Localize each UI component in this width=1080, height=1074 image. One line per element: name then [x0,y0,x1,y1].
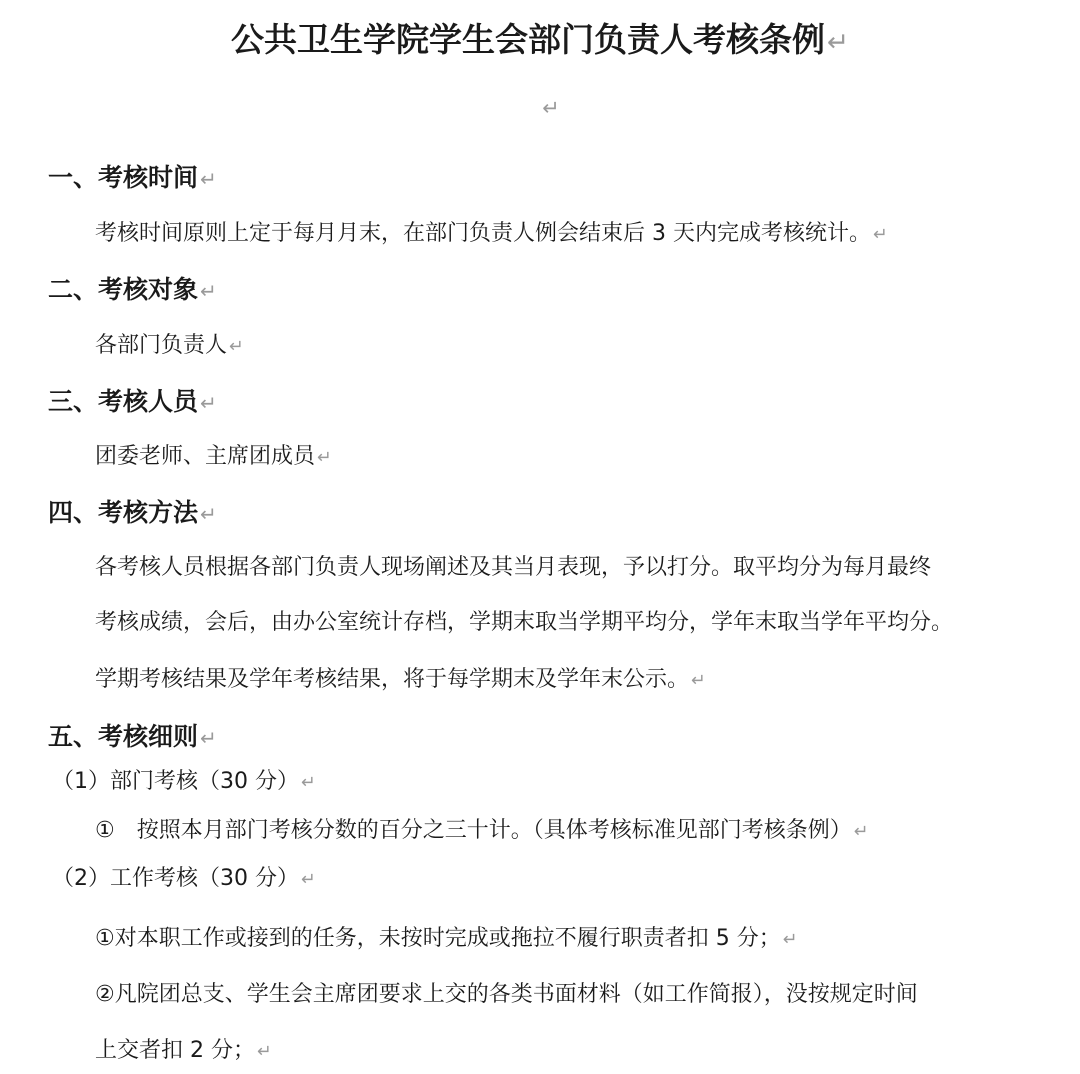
section-heading: 三、考核人员↵ [48,382,217,418]
heading-text: 二、考核对象 [48,275,198,304]
paragraph-mark-icon: ↵ [873,225,888,245]
list-item: ① 按照本月部门考核分数的百分之三十计。（具体考核标准见部门考核条例）↵ [95,813,868,844]
paragraph-mark-icon: ↵ [854,822,869,842]
body-paragraph: 考核时间原则上定于每月月末，在部门负责人例会结束后 3 天内完成考核统计。↵ [95,216,888,247]
subsection-label: （2）工作考核（30 分）↵ [52,861,316,892]
list-item-line: 上交者扣 2 分；↵ [95,1033,272,1064]
section-heading: 二、考核对象↵ [48,270,217,306]
paragraph-mark-icon: ↵ [783,930,798,950]
paragraph-mark-icon: ↵ [200,167,217,191]
subsection-text: （2）工作考核（30 分） [52,866,299,891]
paragraph-mark-icon: ↵ [691,671,706,691]
heading-text: 五、考核细则 [48,722,198,751]
paragraph-mark-icon: ↵ [301,773,316,793]
item-text: ① 按照本月部门考核分数的百分之三十计。（具体考核标准见部门考核条例） [95,818,852,843]
paragraph-mark-icon: ↵ [542,96,559,120]
body-paragraph: 团委老师、主席团成员↵ [95,439,332,470]
paragraph-mark-icon: ↵ [301,870,316,890]
heading-text: 三、考核人员 [48,387,198,416]
paragraph-text: 团委老师、主席团成员 [95,444,315,469]
section-heading: 一、考核时间↵ [48,158,217,194]
subsection-text: （1）部门考核（30 分） [52,769,299,794]
body-paragraph: 各部门负责人↵ [95,328,244,359]
item-text: ②凡院团总支、学生会主席团要求上交的各类书面材料（如工作简报），没按规定时间 [95,982,918,1007]
paragraph-text: 学期考核结果及学年考核结果，将于每学期末及学年末公示。 [95,667,689,692]
heading-text: 一、考核时间 [48,163,198,192]
paragraph-text: 考核时间原则上定于每月月末，在部门负责人例会结束后 3 天内完成考核统计。 [95,221,871,246]
paragraph-mark-icon: ↵ [200,391,217,415]
paragraph-mark-icon: ↵ [257,1042,272,1062]
section-heading: 四、考核方法↵ [48,493,217,529]
paragraph-mark-icon: ↵ [200,502,217,526]
subsection-label: （1）部门考核（30 分）↵ [52,764,316,795]
list-item: ①对本职工作或接到的任务，未按时完成或拖拉不履行职责者扣 5 分；↵ [95,921,797,952]
paragraph-mark-icon: ↵ [317,448,332,468]
document-title: 公共卫生学院学生会部门负责人考核条例↵ [0,14,1080,61]
title-text: 公共卫生学院学生会部门负责人考核条例 [231,20,825,59]
body-paragraph-line: 各考核人员根据各部门负责人现场阐述及其当月表现，予以打分。取平均分为每月最终 [95,550,931,581]
paragraph-text: 各考核人员根据各部门负责人现场阐述及其当月表现，予以打分。取平均分为每月最终 [95,555,931,580]
paragraph-text: 考核成绩，会后，由办公室统计存档，学期末取当学期平均分，学年末取当学年平均分。 [95,610,953,635]
paragraph-mark-icon: ↵ [229,337,244,357]
item-text: ①对本职工作或接到的任务，未按时完成或拖拉不履行职责者扣 5 分； [95,926,781,951]
body-paragraph-line: 考核成绩，会后，由办公室统计存档，学期末取当学期平均分，学年末取当学年平均分。 [95,605,953,636]
body-paragraph-line: 学期考核结果及学年考核结果，将于每学期末及学年末公示。↵ [95,662,706,693]
paragraph-mark-icon: ↵ [200,726,217,750]
paragraph-mark-icon: ↵ [200,279,217,303]
paragraph-mark-icon: ↵ [827,27,849,58]
heading-text: 四、考核方法 [48,498,198,527]
list-item-line: ②凡院团总支、学生会主席团要求上交的各类书面材料（如工作简报），没按规定时间 [95,977,918,1008]
item-text: 上交者扣 2 分； [95,1038,255,1063]
empty-paragraph: ↵ [0,92,1080,122]
section-heading: 五、考核细则↵ [48,717,217,753]
paragraph-text: 各部门负责人 [95,333,227,358]
